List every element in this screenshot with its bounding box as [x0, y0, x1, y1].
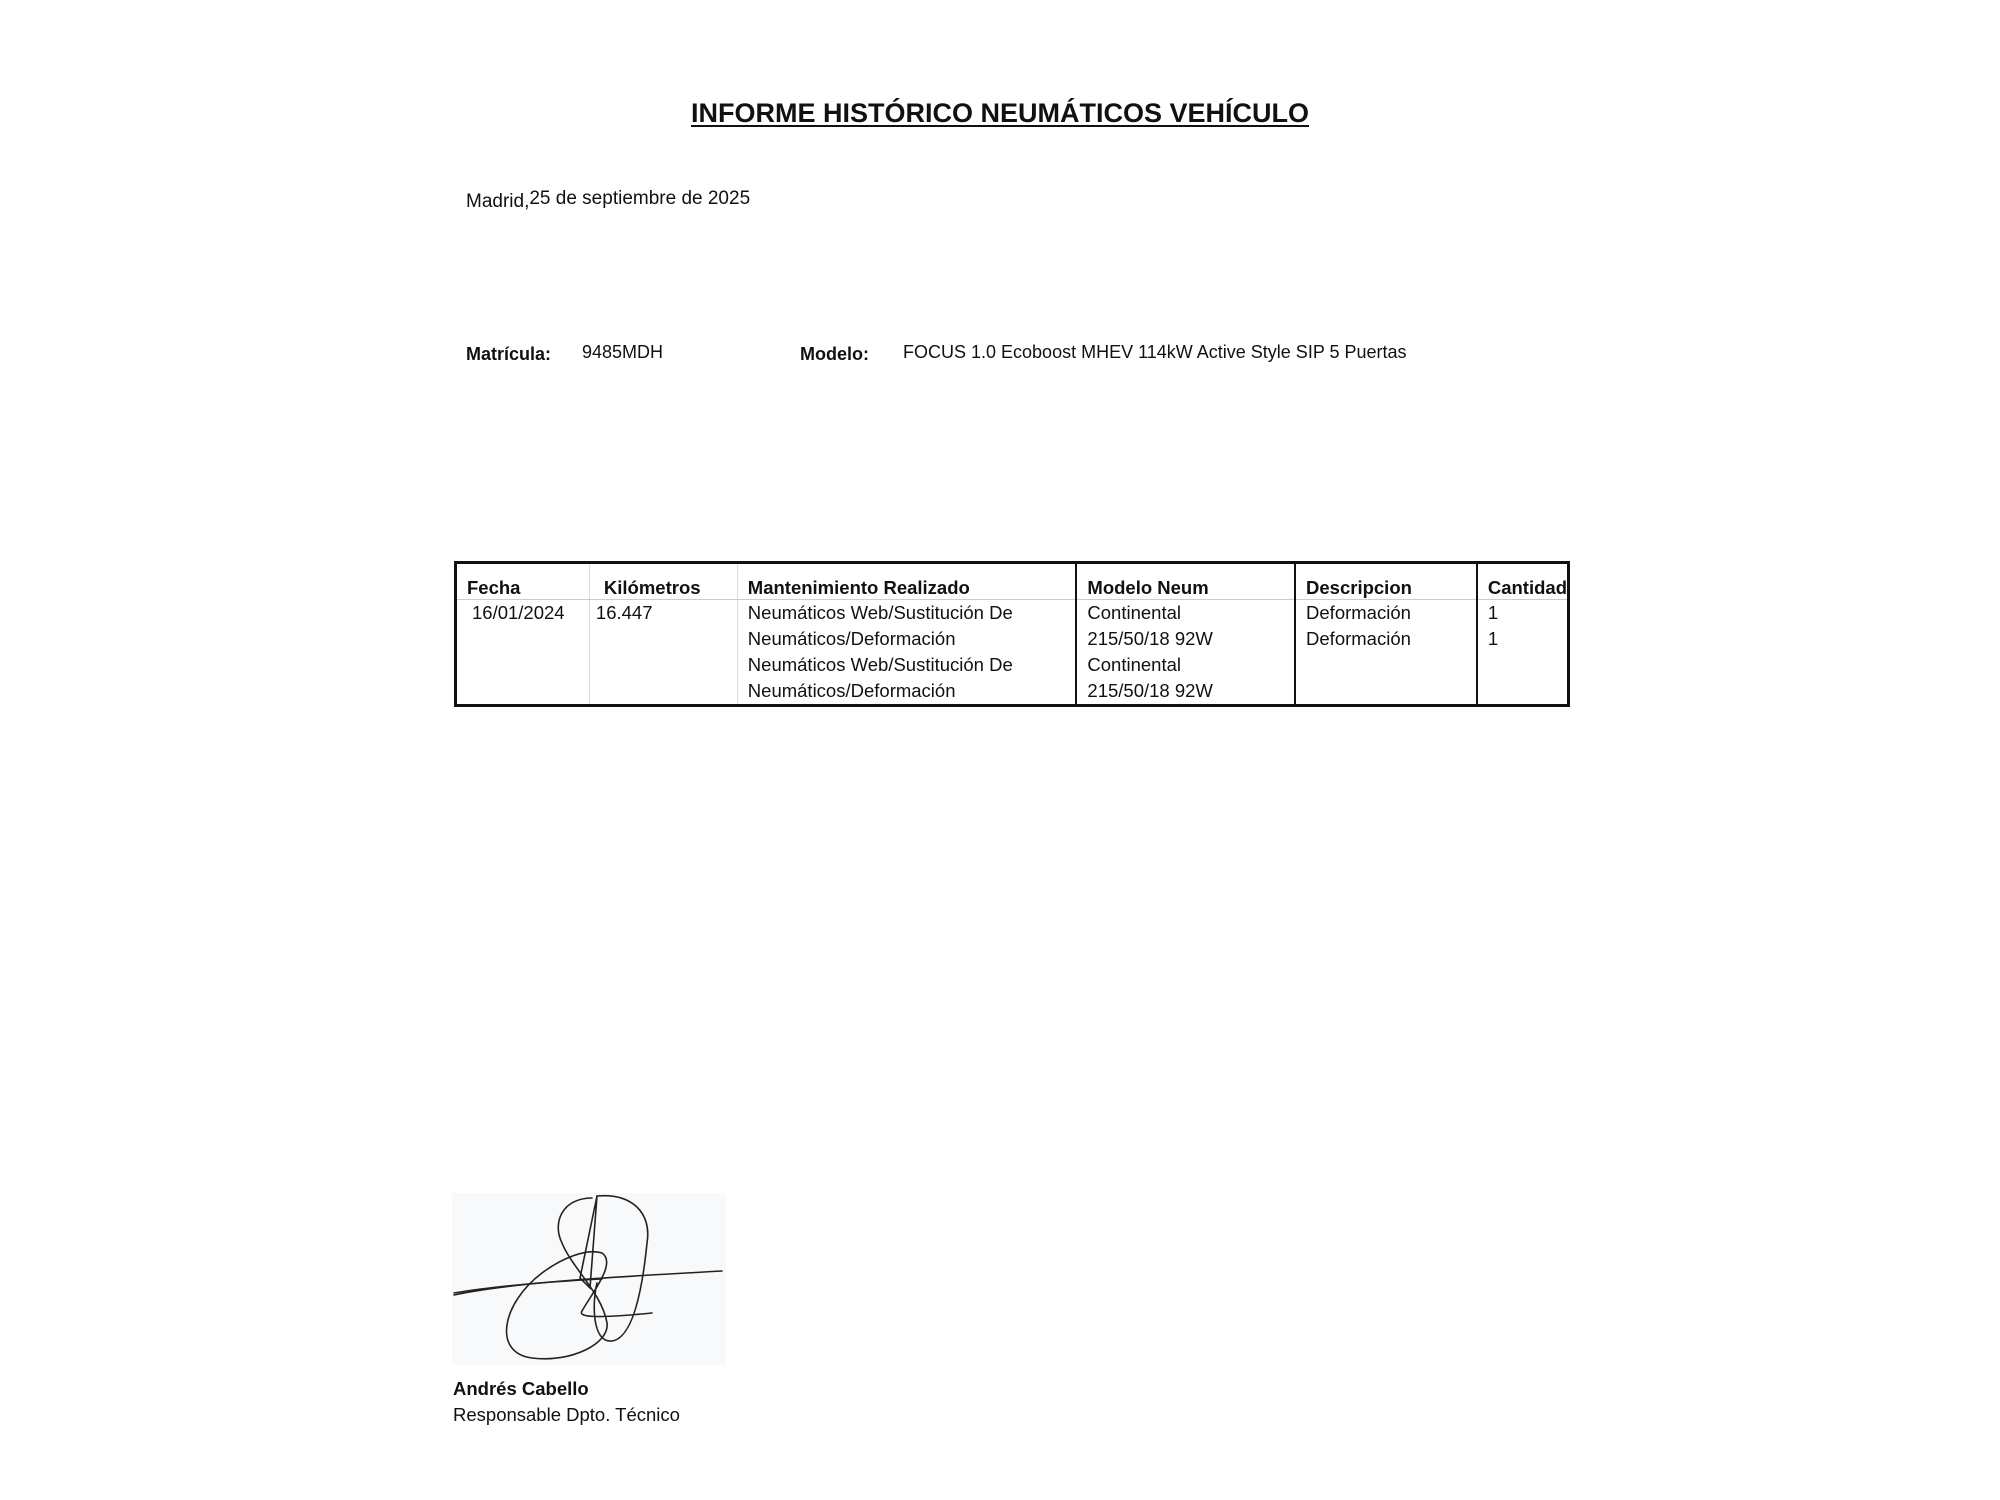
line: Neumáticos Web/Sustitución De	[748, 600, 1076, 626]
cell-mantenimiento: Neumáticos Web/Sustitución De Neumáticos…	[737, 600, 1076, 706]
col-mantenimiento: Mantenimiento Realizado	[737, 563, 1076, 600]
signer-name: Andrés Cabello	[453, 1378, 589, 1400]
plate-label: Matrícula:	[466, 344, 551, 365]
col-cantidad: Cantidad	[1477, 563, 1569, 600]
report-date: Madrid,25 de septiembre de 2025	[466, 188, 750, 210]
date-text: 25 de septiembre de 2025	[529, 188, 750, 209]
signer-role: Responsable Dpto. Técnico	[453, 1404, 680, 1426]
page-title: INFORME HISTÓRICO NEUMÁTICOS VEHÍCULO	[0, 98, 2000, 129]
model-label: Modelo:	[800, 344, 869, 365]
city: Madrid,	[466, 191, 529, 212]
cell-km: 16.447	[589, 600, 737, 706]
cell-modelo: Continental 215/50/18 92W Continental 21…	[1076, 600, 1295, 706]
line: Deformación	[1306, 600, 1476, 626]
cell-cantidad: 1 1	[1477, 600, 1569, 706]
line: 215/50/18 92W	[1087, 678, 1294, 704]
signature-image	[452, 1193, 726, 1365]
cell-descripcion: Deformación Deformación	[1295, 600, 1477, 706]
signature-scribble-icon	[452, 1193, 726, 1365]
col-modelo-neum: Modelo Neum	[1076, 563, 1295, 600]
line: Continental	[1087, 600, 1294, 626]
col-descripcion: Descripcion	[1295, 563, 1477, 600]
plate-value: 9485MDH	[582, 342, 663, 363]
model-value: FOCUS 1.0 Ecoboost MHEV 114kW Active Sty…	[903, 342, 1407, 363]
line: Neumáticos/Deformación	[748, 678, 1076, 704]
cell-fecha: 16/01/2024	[456, 600, 590, 706]
col-fecha: Fecha	[456, 563, 590, 600]
line: Deformación	[1306, 626, 1476, 652]
line: 215/50/18 92W	[1087, 626, 1294, 652]
table-header-row: Fecha Kilómetros Mantenimiento Realizado…	[456, 563, 1569, 600]
tire-history-table: Fecha Kilómetros Mantenimiento Realizado…	[454, 561, 1570, 707]
line: 1	[1488, 600, 1567, 626]
line: 1	[1488, 626, 1567, 652]
table-row: 16/01/2024 16.447 Neumáticos Web/Sustitu…	[456, 600, 1569, 706]
line: Neumáticos Web/Sustitución De	[748, 652, 1076, 678]
line: Neumáticos/Deformación	[748, 626, 1076, 652]
line: Continental	[1087, 652, 1294, 678]
col-kilometros: Kilómetros	[589, 563, 737, 600]
